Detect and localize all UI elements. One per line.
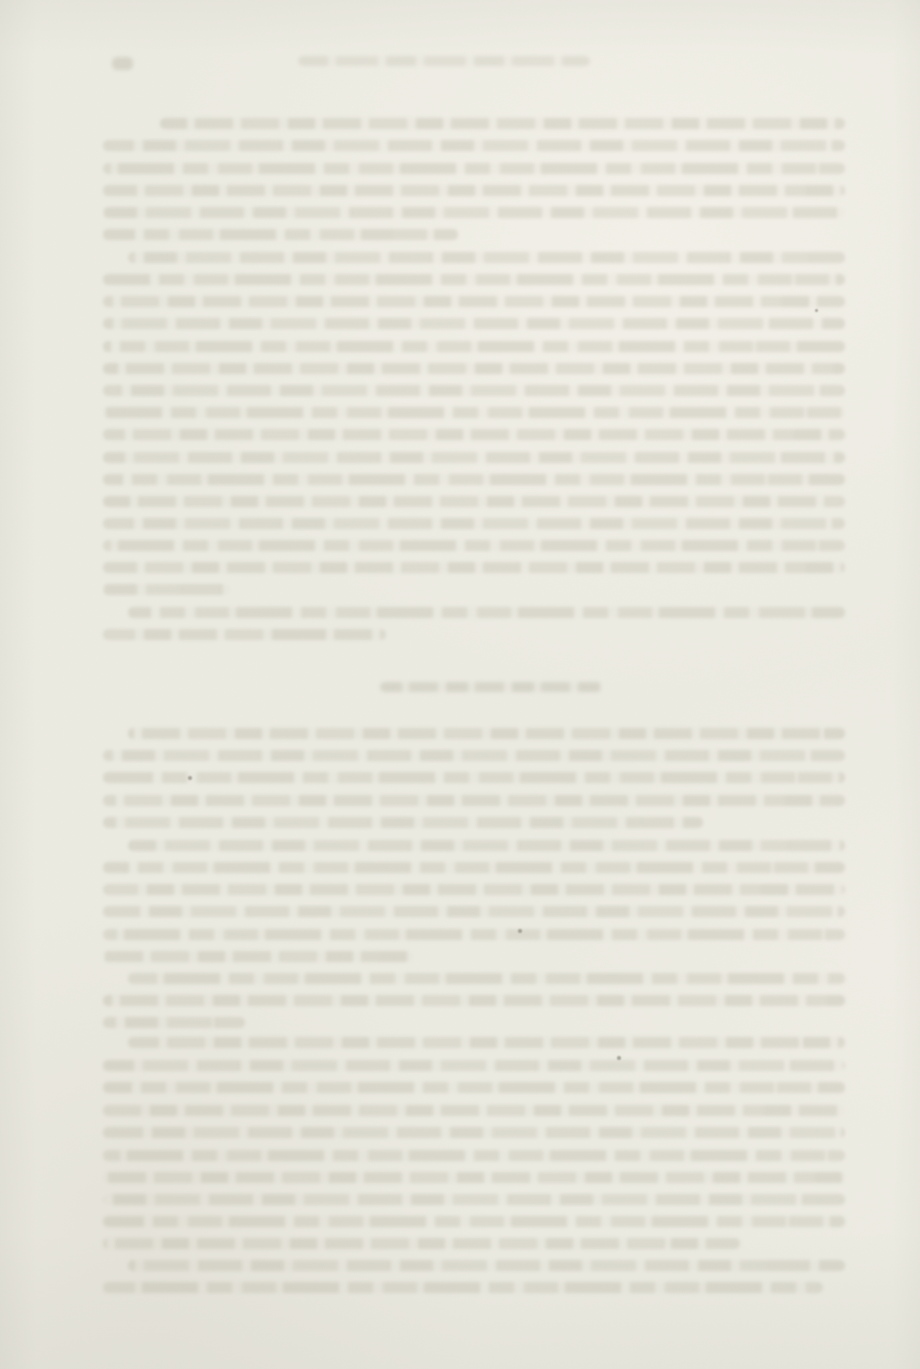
faded-text-line: [128, 840, 845, 851]
faded-text-line: [103, 562, 845, 573]
faded-text-line: [103, 1082, 845, 1093]
faded-text-line: [103, 795, 845, 806]
faded-text-line: [103, 1282, 823, 1293]
faded-text-line: [103, 1150, 845, 1161]
faded-text-line: [160, 118, 845, 129]
section-heading-smudge: [380, 682, 602, 692]
faded-text-line: [103, 496, 845, 507]
running-header-smudge: [298, 56, 590, 66]
faded-text-line: [103, 772, 845, 783]
faded-text-line: [103, 274, 845, 285]
faded-text-line: [103, 474, 845, 485]
faded-text-line: [103, 207, 845, 218]
faded-text-line: [103, 817, 703, 828]
faded-text-line: [103, 750, 845, 761]
faded-text-line: [128, 607, 845, 618]
faded-text-line: [103, 385, 845, 396]
faded-text-line: [103, 1172, 845, 1183]
faded-text-line: [103, 929, 845, 940]
faded-text-line: [103, 296, 845, 307]
faded-text-line: [128, 973, 845, 984]
faded-text-line: [103, 995, 845, 1006]
faded-text-line: [103, 884, 845, 895]
ink-speck: [815, 309, 818, 312]
faded-text-line: [128, 728, 845, 739]
faded-text-line: [103, 318, 845, 329]
faded-text-line: [103, 452, 845, 463]
faded-text-line: [103, 629, 386, 640]
faded-text-line: [103, 1105, 845, 1116]
ink-speck: [518, 929, 522, 933]
faded-text-line: [103, 1127, 845, 1138]
faded-text-line: [103, 341, 845, 352]
faded-text-line: [128, 1260, 845, 1271]
faded-text-line: [103, 951, 413, 962]
faded-text-line: [103, 1017, 245, 1028]
faded-text-line: [103, 229, 458, 240]
faded-text-line: [103, 163, 845, 174]
faded-text-line: [103, 429, 845, 440]
faded-text-line: [103, 140, 845, 151]
faded-text-line: [103, 363, 845, 374]
faded-text-line: [103, 1238, 740, 1249]
faded-text-line: [103, 407, 845, 418]
faded-text-line: [103, 540, 845, 551]
ink-speck: [617, 1056, 621, 1060]
faded-text-line: [128, 252, 845, 263]
faded-text-line: [103, 584, 231, 595]
faded-text-line: [103, 1216, 845, 1227]
faded-text-line: [103, 1060, 845, 1071]
faded-text-line: [103, 185, 845, 196]
faded-text-line: [103, 906, 845, 917]
scanned-page: [0, 0, 920, 1369]
faded-text-line: [128, 1037, 845, 1048]
ink-speck: [188, 776, 192, 780]
faded-text-line: [103, 862, 845, 873]
faded-text-line: [103, 1194, 845, 1205]
page-number-smudge: [112, 57, 133, 70]
faded-text-line: [103, 518, 845, 529]
